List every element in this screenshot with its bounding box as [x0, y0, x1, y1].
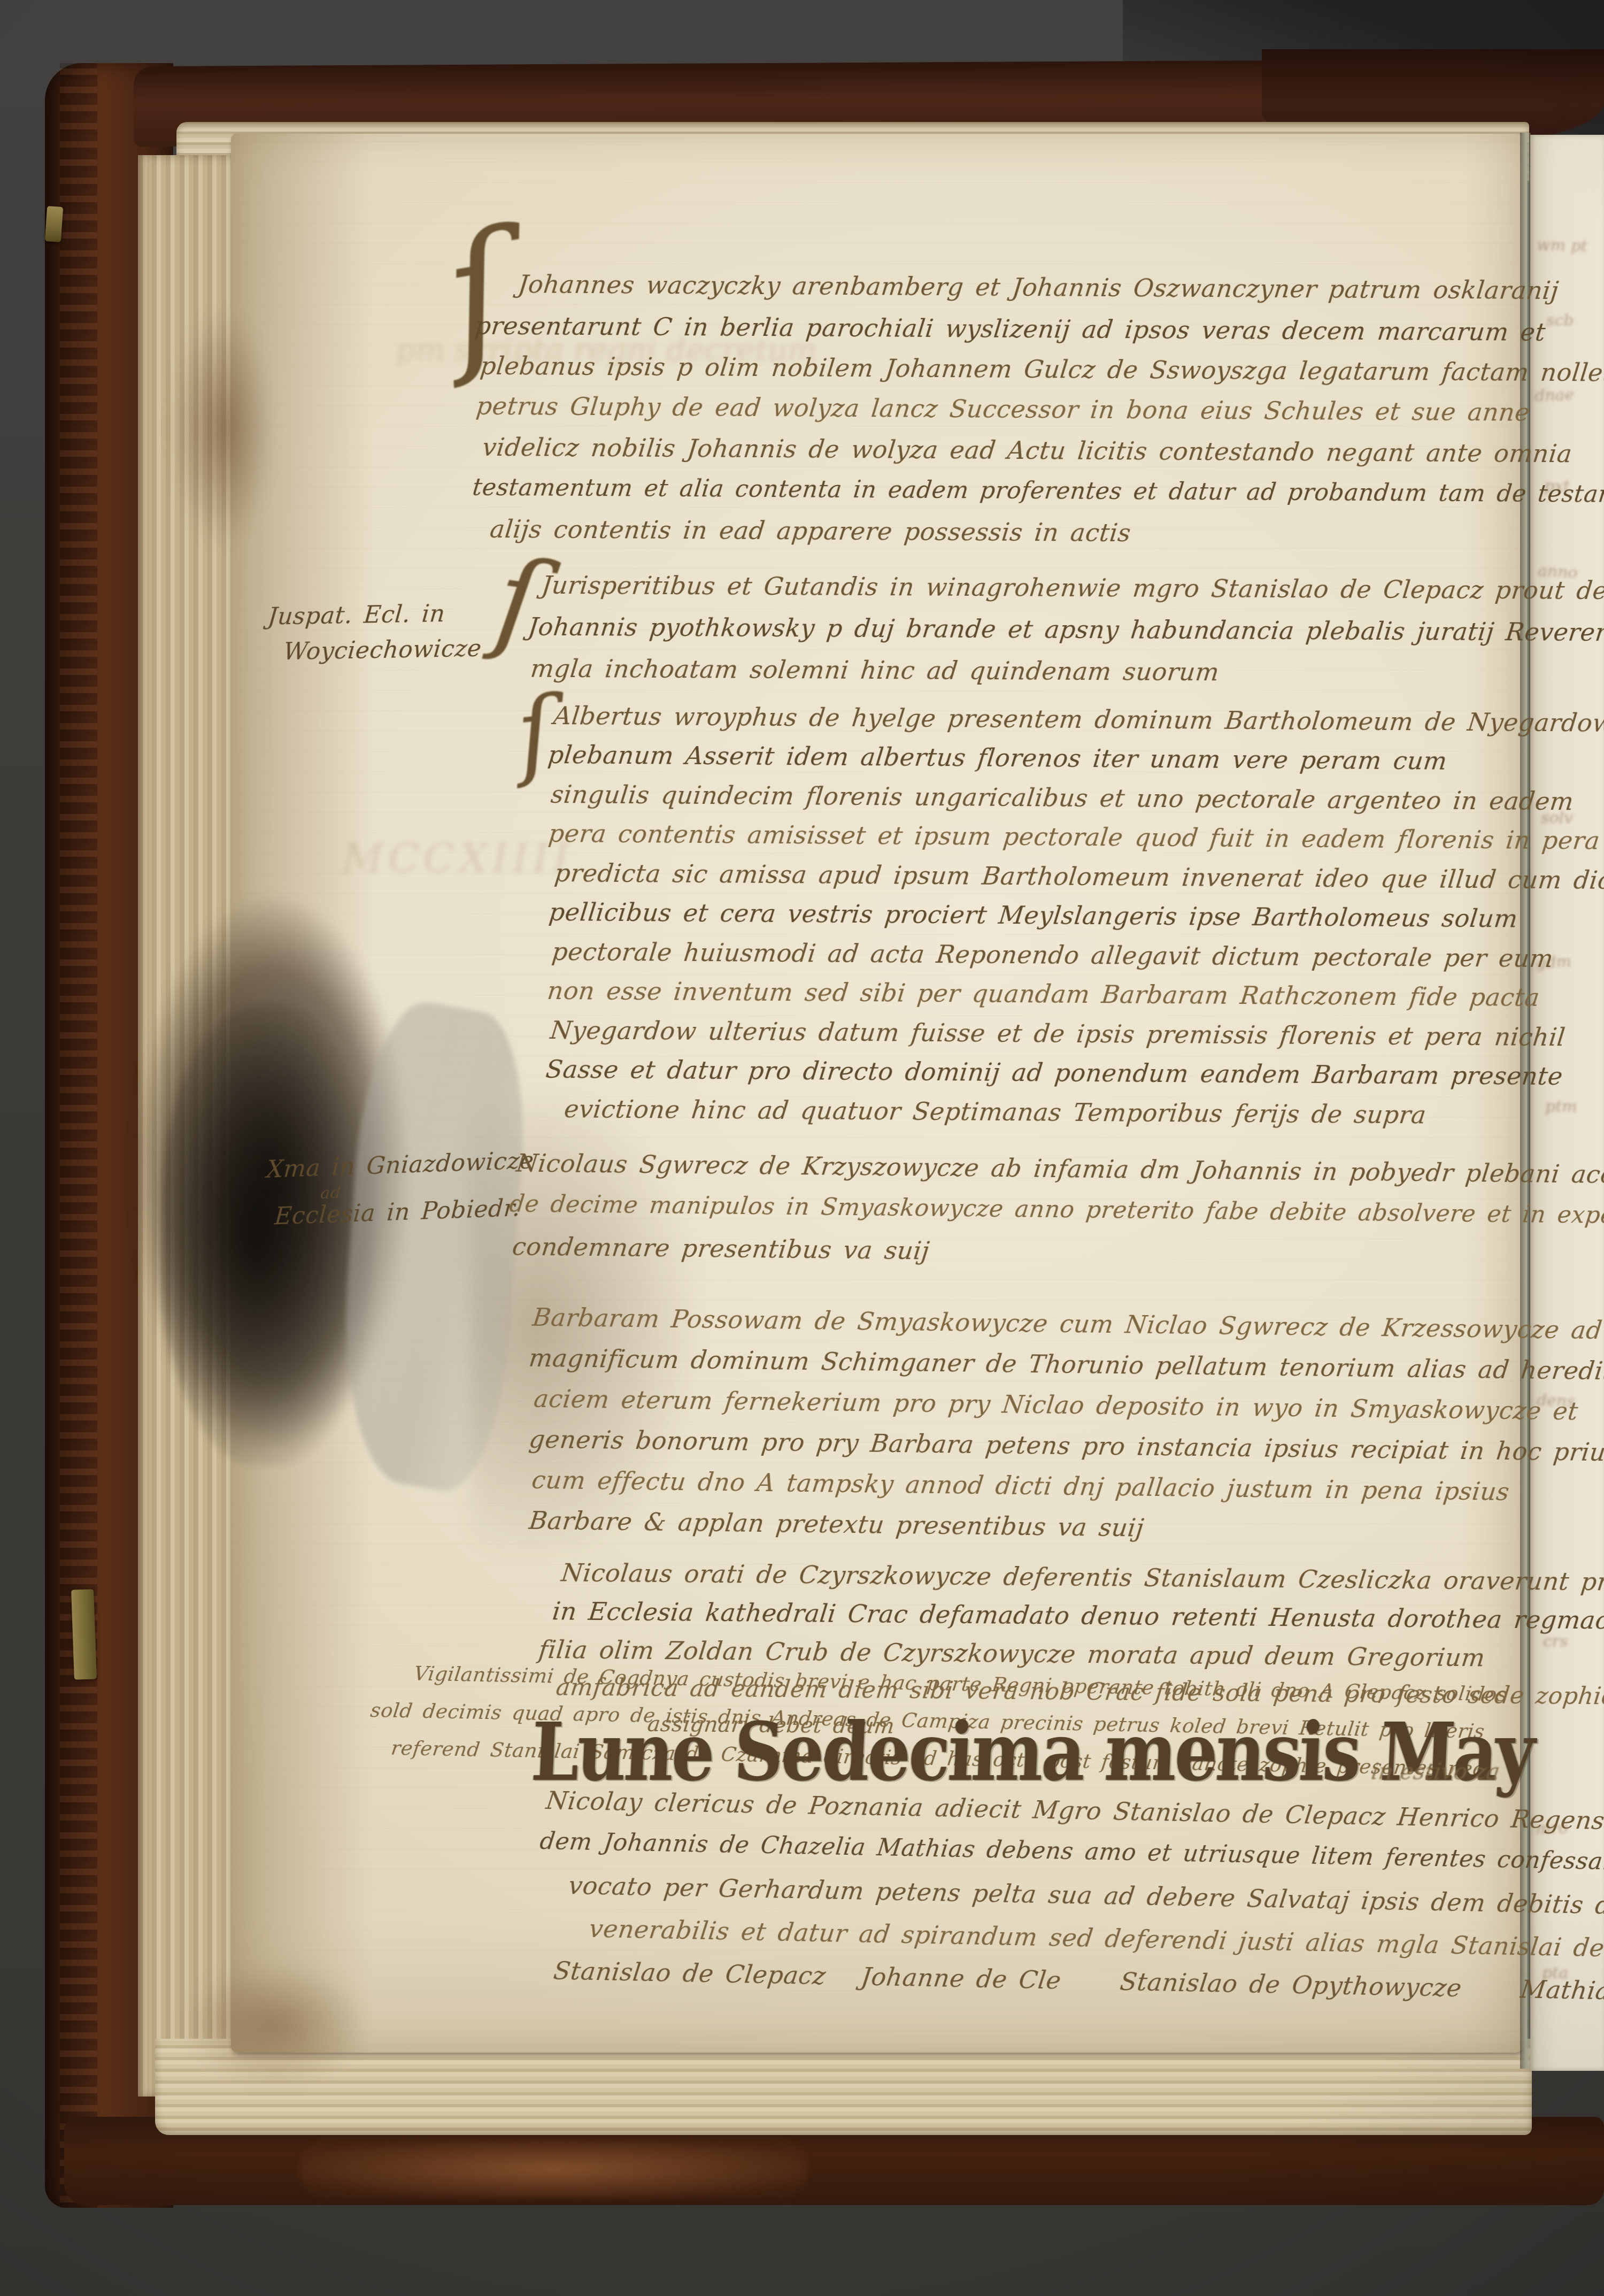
manuscript-line: dem Johannis de Chazelia Mathias debens …: [538, 1827, 1604, 1878]
ghost-text-line: wm pt: [1536, 235, 1587, 256]
date-heading: Lune Sedecima mensis May: [529, 1705, 1535, 1799]
manuscript-line: condemnare presentibus va suij: [511, 1232, 931, 1265]
manuscript-line: vocato per Gerhardum petens pelta sua ad…: [567, 1871, 1604, 1921]
manuscript-line: aciem eterum fernekerium pro pry Niclao …: [532, 1384, 1579, 1426]
manuscript-line: Stanislao de Clepacz Johanne de Cle Stan…: [552, 1956, 1604, 2008]
manuscript-line: Jurisperitibus et Gutandis in winagrohen…: [540, 571, 1604, 605]
manuscript-line: alijs contentis in ead apparere possessi…: [489, 515, 1132, 547]
entry-paragraph-3: Albertus wroyphus de hyelge presentem do…: [544, 701, 1595, 1158]
page-stack-bottom-edge: [155, 2039, 1532, 2135]
manuscript-line: testamentum et alia contenta in eadem pr…: [471, 474, 1604, 509]
margin-note-superscript: ad: [320, 1184, 342, 1203]
manuscript-line: non esse inventum sed sibi per quandam B…: [546, 976, 1541, 1012]
entry-paragraph-5: Barbaram Possowam de Smyaskowycze cum Ni…: [525, 1303, 1592, 1572]
brass-clasp-lower: [71, 1589, 97, 1679]
manuscript-line: generis bonorum pro pry Barbara petens p…: [528, 1425, 1604, 1467]
entry-paragraph-7: Nicolay clericus de Poznania adiecit Mgr…: [535, 1786, 1593, 2036]
manuscript-line: de decime manipulos in Smyaskowycze anno…: [508, 1191, 1604, 1230]
manuscript-line: petrus Gluphy de ead wolyza lancz Succes…: [475, 391, 1531, 427]
entry-paragraph-1: Johannes waczyczky arenbamberg et Johann…: [464, 264, 1546, 581]
ghost-text-line: scb: [1546, 311, 1574, 330]
manuscript-line: Nyegardow ulterius datum fuisse et de ip…: [549, 1016, 1567, 1051]
leather-worn-patch: [299, 2140, 807, 2198]
manuscript-line: Sasse et datur pro directo dominij ad po…: [544, 1055, 1564, 1091]
margin-note-line: Juspat. Ecl. in: [267, 600, 446, 631]
manuscript-line: plebanus ipsis p olim nobilem Johannem G…: [479, 351, 1604, 387]
manuscript-line: pellicibus et cera vestris prociert Meyl…: [547, 897, 1520, 933]
brass-clasp-upper: [45, 206, 64, 242]
manuscript-line: Barbare & applan pretextu presentibus va…: [528, 1506, 1146, 1542]
manuscript-line: predicta sic amissa apud ipsum Bartholom…: [553, 858, 1604, 895]
photographed-manuscript: wm pt scb dnae pxt anno solv gdm ptm den…: [0, 0, 1604, 2296]
manuscript-line: plebanum Asserit idem albertus florenos …: [546, 740, 1448, 775]
date-heading-tail: in estivo za: [1370, 1759, 1502, 1785]
manuscript-line: singulis quindecim florenis ungaricalibu…: [550, 780, 1576, 816]
entry-paragraph-2: Jurisperitibus et Gutandis in winagrohen…: [526, 571, 1585, 710]
entry-paragraph-4: Nicolaus Sgwrecz de Krzyszowycze ab infa…: [507, 1149, 1578, 1299]
manuscript-line: presentarunt C in berlia parochiali wysl…: [474, 311, 1547, 347]
manuscript-line: magnificum dominum Schimganer de Thoruni…: [527, 1343, 1604, 1386]
manuscript-line: videlicz nobilis Johannis de wolyza ead …: [481, 433, 1574, 468]
manuscript-line: pera contentis amisisset et ipsum pector…: [547, 819, 1601, 855]
embossed-border: [60, 63, 97, 2208]
bleed-through-text: MCCXIIII: [342, 834, 573, 882]
manuscript-line: pectorale huiusmodi ad acta Reponendo al…: [551, 937, 1555, 973]
margin-note-line: Woyciechowicze: [282, 635, 483, 666]
manuscript-line: mgla inchoatam solemni hinc ad quindenam…: [529, 654, 1221, 687]
manuscript-line: Johannes waczyczky arenbamberg et Johann…: [516, 270, 1560, 305]
manuscript-line: Johannis pyothkowsky p duj brande et aps…: [527, 612, 1604, 647]
manuscript-line: venerabilis et datur ad spirandum sed de…: [588, 1914, 1604, 1964]
manuscript-line: evictione hinc ad quatuor Septimanas Tem…: [562, 1094, 1428, 1129]
manuscript-line: in Ecclesia kathedrali Crac defamadato d…: [551, 1597, 1604, 1635]
manuscript-line: cum effectu dno A tampsky annod dicti dn…: [530, 1465, 1512, 1506]
